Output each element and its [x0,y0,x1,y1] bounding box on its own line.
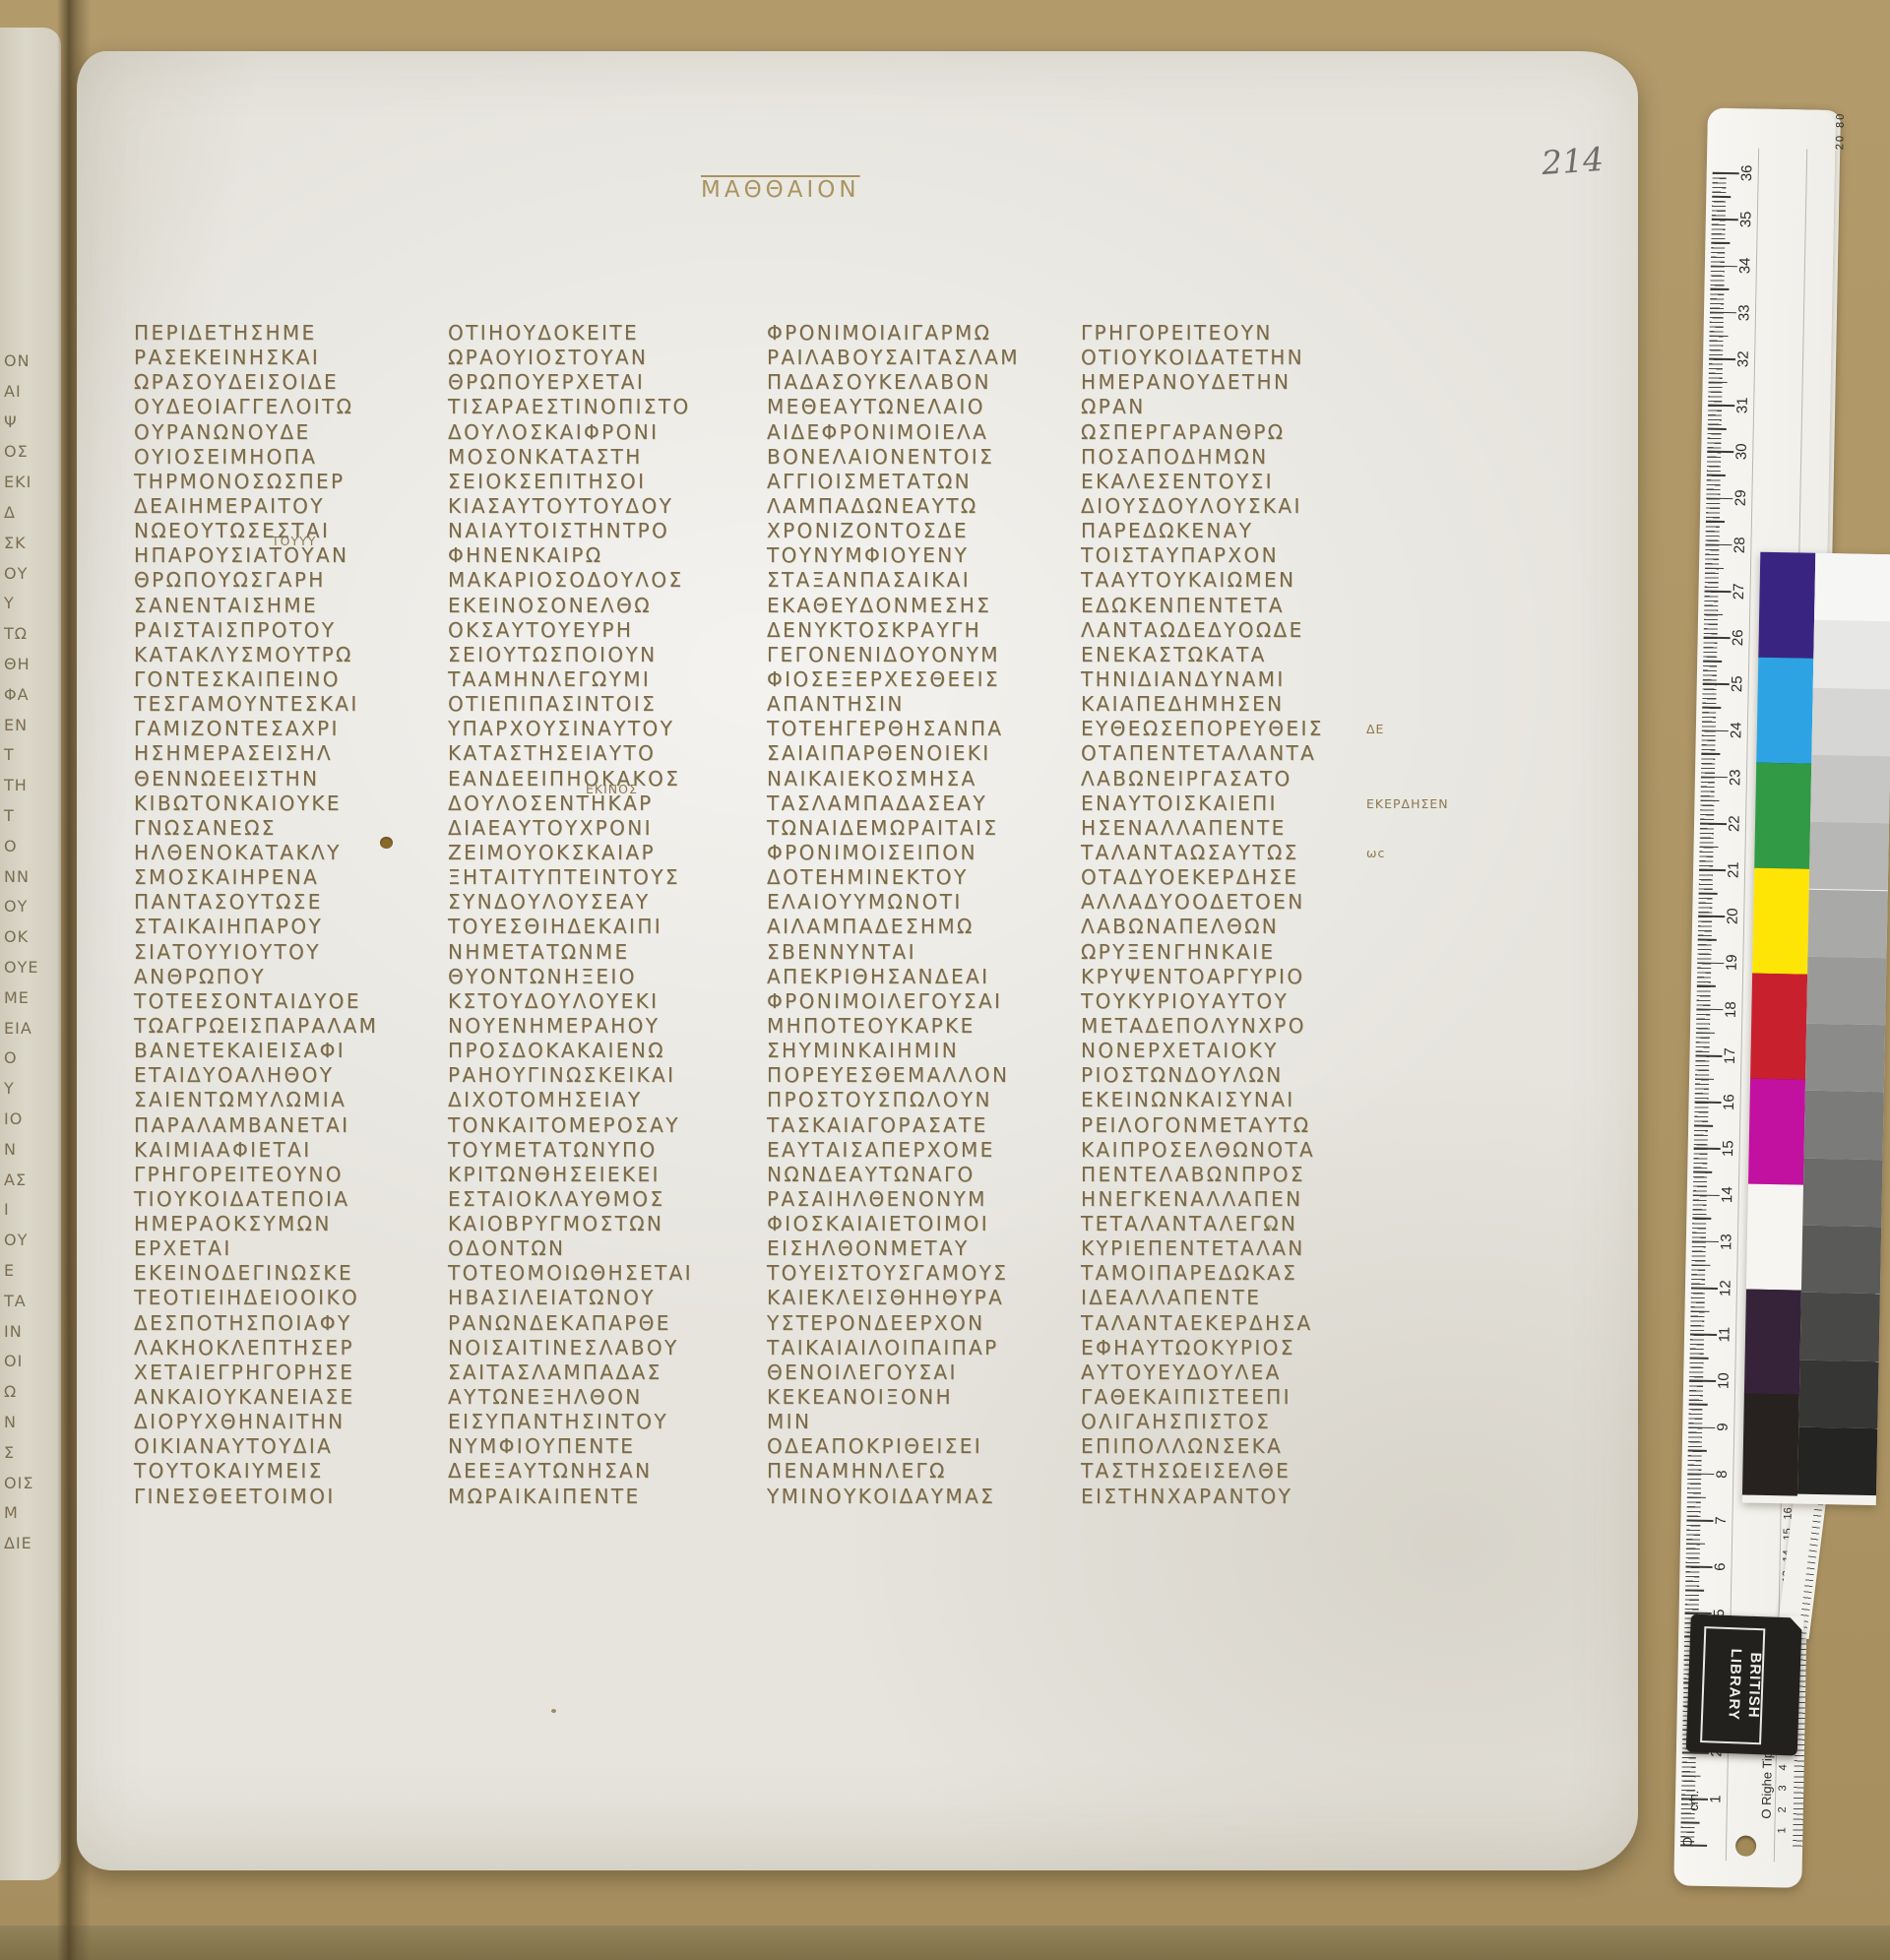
cm-number: 28 [1732,530,1748,559]
cm-number: 23 [1728,762,1743,791]
gray-step-7 [1806,957,1886,1026]
colour-patch-violet [1758,552,1815,660]
half-cm-tick [1688,1450,1707,1452]
cm-number: 22 [1727,808,1742,838]
cm-number: 9 [1715,1413,1731,1442]
half-cm-tick [1686,1543,1705,1545]
cm-number: 26 [1731,623,1746,653]
half-cm-tick [1699,893,1718,895]
colour-patch-magenta [1748,1079,1805,1186]
cm-number: 6 [1713,1551,1729,1581]
ruler-punch-hole [1735,1835,1756,1856]
cm-number: 13 [1719,1227,1734,1256]
chart-corner-numbers: 20 80 [1810,134,1869,151]
gray-step-10 [1802,1158,1882,1227]
label-line-2: LIBRARY [1723,1648,1745,1721]
cm-number: 21 [1726,855,1741,885]
cm-tick-marks: 3635343332313029282726252423222120191817… [1708,108,1836,110]
cm-unit-label: cm. [1686,1791,1701,1811]
half-cm-tick [1681,1821,1700,1823]
corner-number: 20 [1834,134,1846,150]
colour-patch-red [1750,974,1807,1081]
half-cm-tick [1703,661,1722,663]
half-cm-tick [1694,1125,1713,1127]
cm-number: 10 [1716,1366,1732,1396]
colour-patch-white [1746,1184,1803,1292]
half-cm-tick [1692,1218,1711,1220]
label-line-1: BRITISH [1742,1649,1765,1722]
half-cm-tick [1700,846,1719,848]
photographed-codex-page: ΟΝΑΙΨΟΣΕΚΙΔΣΚΟΥΥΤΩΘΗΦΑΕΝΤΤΗΤΟΝΝΟΥΟΚΟΥΕΜΕ… [0,0,1890,1960]
cm-number: 33 [1736,297,1752,327]
righe-number: 1 [1776,1821,1788,1839]
cm-number: 36 [1739,158,1755,188]
cm-number: 20 [1725,902,1740,931]
cm-number: 1 [1708,1784,1724,1813]
cm-number: 19 [1725,948,1740,978]
half-cm-tick [1702,707,1721,709]
gray-step-4 [1810,755,1890,824]
half-cm-tick [1687,1496,1706,1498]
half-cm-tick [1710,335,1729,337]
half-cm-tick [1685,1589,1704,1591]
cm-zero-label: O [1680,1837,1695,1847]
half-cm-tick [1701,753,1720,755]
cm-number: 7 [1714,1505,1730,1535]
half-cm-tick [1697,985,1716,987]
half-cm-tick [1690,1310,1709,1312]
half-cm-tick [1696,1032,1715,1034]
cm-number: 18 [1724,994,1739,1024]
cm-number: 32 [1735,344,1751,373]
colour-patch-blue [1756,658,1813,765]
half-cm-tick [1709,381,1728,383]
cm-number: 17 [1723,1041,1738,1070]
half-cm-tick [1712,196,1731,198]
cm-number: 15 [1721,1134,1736,1164]
half-cm-tick [1705,567,1724,569]
gray-step-11 [1801,1226,1881,1295]
half-cm-tick [1706,521,1725,523]
righe-number: 2 [1777,1801,1789,1818]
gray-step-13 [1798,1359,1878,1428]
half-cm-tick [1707,474,1726,476]
half-cm-tick [1695,1078,1714,1080]
gray-step-8 [1805,1024,1885,1093]
cm-number: 8 [1715,1459,1731,1488]
cm-number: 29 [1733,483,1749,513]
british-library-label: BRITISH LIBRARY [1686,1614,1802,1756]
cm-number: 11 [1717,1320,1732,1350]
half-cm-tick [1710,288,1729,290]
cm-number: 34 [1737,251,1753,281]
ruler-and-colour-chart-assembly: 3635343332313029282726252423222120191817… [0,0,1890,1960]
gray-step-3 [1811,687,1890,756]
gray-step-5 [1809,822,1889,891]
cm-number: 12 [1718,1273,1733,1302]
half-cm-tick [1689,1404,1708,1406]
half-cm-tick [1693,1171,1712,1173]
cm-number: 16 [1722,1088,1737,1117]
colour-patch-dark-violet [1744,1290,1801,1396]
colour-calibration-chart [1742,552,1890,1505]
gray-step-1 [1814,553,1890,622]
gray-step-12 [1800,1293,1880,1361]
gray-step-9 [1804,1091,1884,1160]
label-text: BRITISH LIBRARY [1673,1627,1815,1743]
half-cm-tick [1700,799,1719,801]
gray-step-2 [1813,620,1890,689]
half-cm-tick [1698,939,1717,941]
colour-patch-yellow [1752,868,1809,976]
colour-patch-green [1754,763,1811,870]
cm-number: 30 [1733,437,1749,467]
cm-number: 31 [1734,391,1750,420]
half-cm-tick [1708,428,1727,430]
cm-number: 24 [1729,716,1744,745]
half-cm-tick [1704,613,1723,615]
cm-number: 27 [1732,576,1747,605]
righe-scale-label: O Righe Tip. 1 [1682,1768,1850,1787]
half-cm-tick [1691,1264,1710,1266]
colour-patch-black [1742,1394,1799,1496]
cm-number: 14 [1720,1180,1735,1210]
cm-number: 35 [1738,205,1754,234]
half-cm-tick [1711,242,1730,244]
half-cm-tick [1690,1357,1709,1359]
gray-step-14 [1797,1427,1877,1496]
cm-number: 25 [1730,669,1745,699]
corner-number: 80 [1835,112,1847,128]
label-corner-notch [1788,1615,1804,1632]
gray-step-6 [1807,889,1887,958]
righe-numbers: 12345678910111213141516 [1708,108,1836,110]
